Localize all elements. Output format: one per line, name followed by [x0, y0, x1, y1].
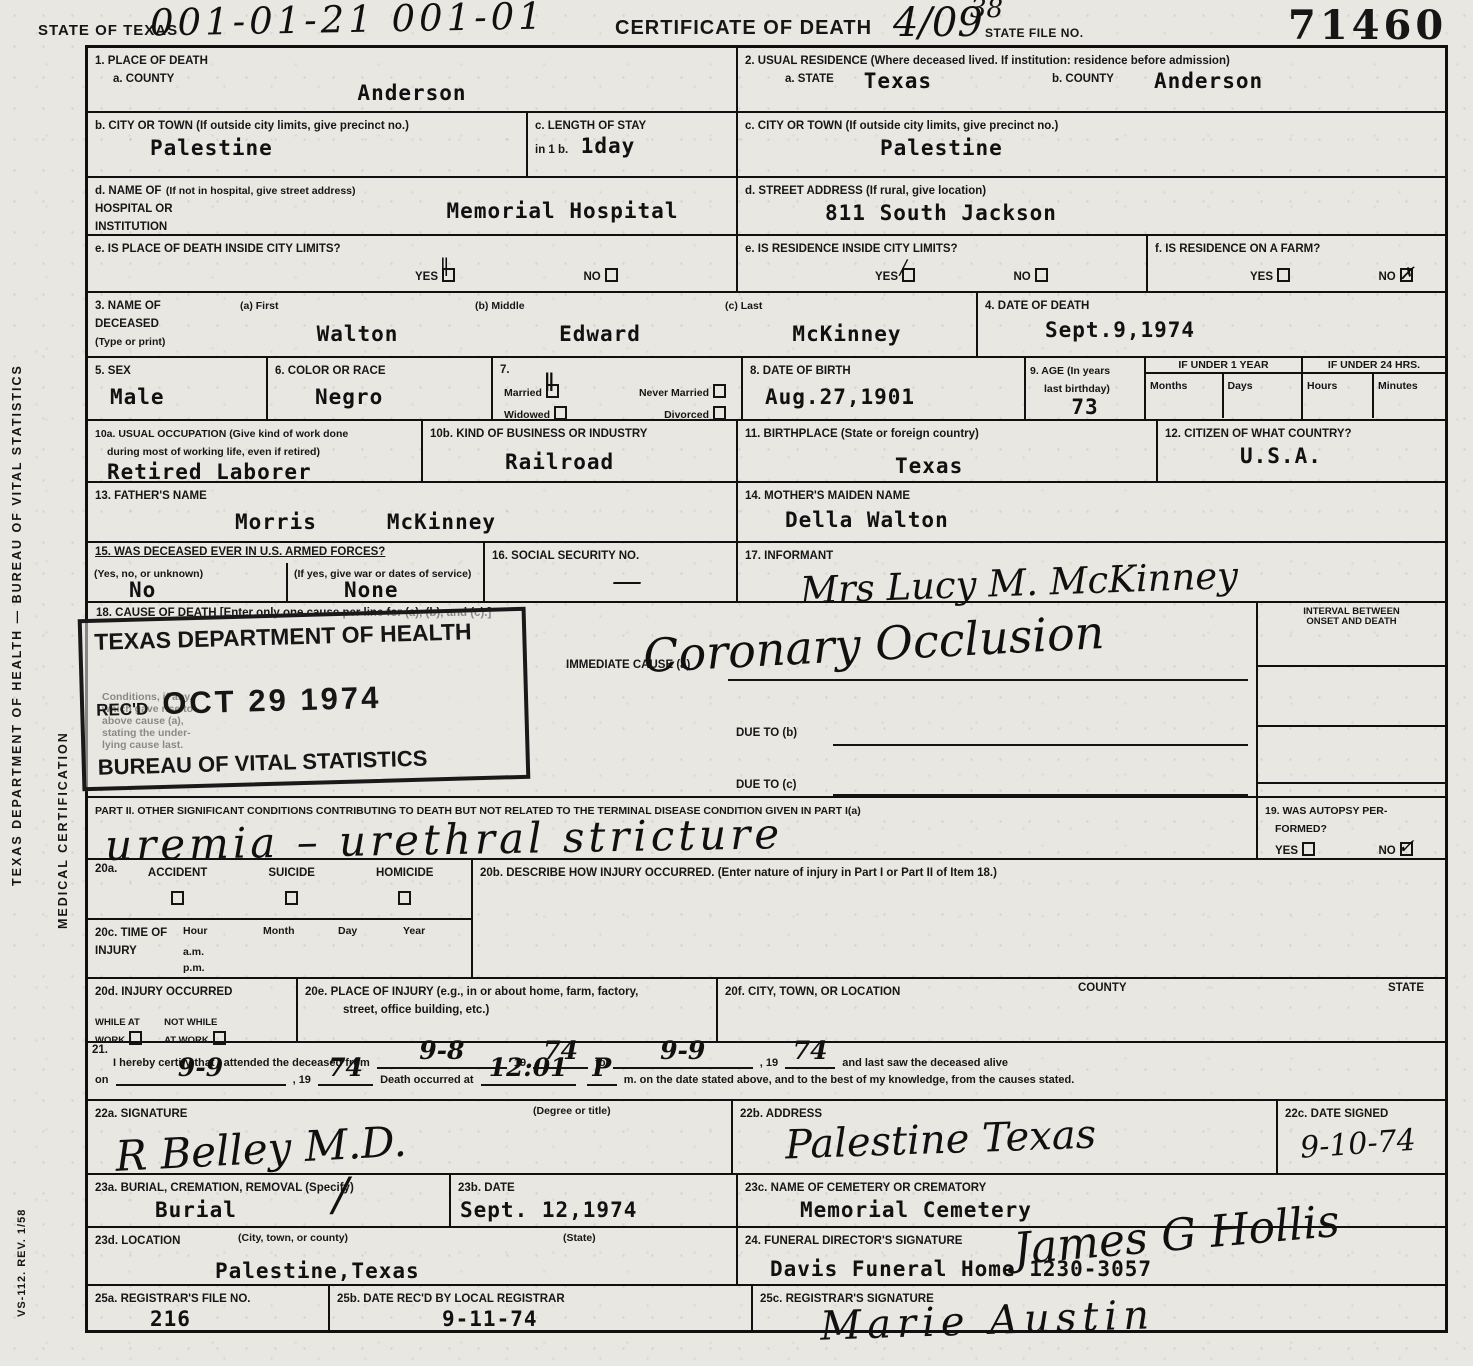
certify-on-label: on — [95, 1074, 108, 1086]
injury-county-label: COUNTY — [1078, 982, 1127, 996]
hospital-label-3: INSTITUTION — [95, 221, 167, 233]
alive-on-year-blank: 74 — [318, 1071, 373, 1086]
field-marital-status: 7. Married∥ Never Married Widowed Divorc… — [493, 358, 743, 419]
injury-state-label: STATE — [1388, 982, 1424, 996]
name-label-3: (Type or print) — [95, 336, 165, 348]
days-label: Days — [1228, 380, 1253, 392]
burial-location-label: 23d. LOCATION — [95, 1235, 180, 1247]
date-of-death-value: Sept.9,1974 — [1045, 318, 1438, 342]
am-label: a.m. — [183, 946, 204, 958]
occupation-value: Retired Laborer — [107, 460, 414, 484]
day-label: Day — [338, 925, 357, 937]
state-file-no-label: STATE FILE NO. — [985, 26, 1084, 40]
field-funeral-director: 24. FUNERAL DIRECTOR'S SIGNATURE Davis F… — [738, 1228, 1445, 1284]
race-value: Negro — [315, 385, 484, 409]
date-signed-label: 22c. DATE SIGNED — [1285, 1108, 1388, 1120]
farm-no-mark: ✗ — [1400, 264, 1414, 284]
certify-number: 21. — [92, 1044, 108, 1058]
no-label: NO — [1378, 271, 1395, 283]
month-label: Month — [263, 925, 295, 937]
form-number-label: VS-112. REV. 1/58 — [16, 1180, 28, 1345]
year-label: Year — [403, 925, 425, 937]
residence-limits-yes-checkbox: ∕ — [902, 268, 915, 282]
death-time-blank: 12:01 — [481, 1071, 576, 1086]
last-name-label: (c) Last — [725, 300, 762, 312]
physician-signature-value: R Belley M.D. — [114, 1100, 725, 1181]
field-injury-occurred: 20d. INJURY OCCURRED WHILE ATWORK NOT WH… — [88, 979, 298, 1041]
farm-no-checkbox: ✗ — [1400, 268, 1413, 282]
field-usual-residence: 2. USUAL RESIDENCE (Where deceased lived… — [738, 48, 1445, 111]
mother-value: Della Walton — [785, 508, 1438, 532]
field-residence-on-farm: f. IS RESIDENCE ON A FARM? YES NO✗ — [1148, 236, 1445, 291]
date-of-birth-value: Aug.27,1901 — [765, 385, 1017, 409]
county-value: Anderson — [95, 81, 729, 105]
homicide-label: HOMICIDE — [376, 867, 434, 879]
death-limits-no-checkbox — [605, 268, 618, 282]
field-burial-type: 23a. BURIAL, CREMATION, REMOVAL (Specify… — [88, 1175, 451, 1226]
field-time-of-injury: 20c. TIME OF INJURY Hour Month Day Year … — [88, 920, 471, 977]
death-ampm-blank: P — [587, 1071, 617, 1086]
field-mothers-maiden-name: 14. MOTHER'S MAIDEN NAME Della Walton — [738, 483, 1445, 541]
stamp-date: OCT 29 1974 — [162, 679, 382, 721]
field-place-of-death-county: 1. PLACE OF DEATH a. COUNTY Anderson — [88, 48, 738, 111]
state-file-number: 71460 — [1288, 2, 1447, 49]
fathers-name-label: 13. FATHER'S NAME — [95, 490, 207, 502]
injury-city-label: 20f. CITY, TOWN, OR LOCATION — [725, 986, 900, 998]
accident-label: ACCIDENT — [148, 867, 207, 879]
field-place-of-injury: 20e. PLACE OF INJURY (e.g., in or about … — [298, 979, 718, 1041]
citizen-value: U.S.A. — [1240, 444, 1438, 468]
burial-location-value: Palestine,Texas — [215, 1259, 729, 1283]
no-label: NO — [583, 271, 600, 283]
married-label: Married∥ — [504, 384, 563, 399]
burial-type-label: 23a. BURIAL, CREMATION, REMOVAL (Specify… — [95, 1182, 354, 1194]
first-name-label: (a) First — [240, 300, 279, 312]
interval-line-c — [1258, 727, 1445, 784]
autopsy-yes-checkbox — [1302, 842, 1315, 856]
cemetery-label: 23c. NAME OF CEMETERY OR CREMATORY — [745, 1182, 986, 1194]
sex-value: Male — [110, 385, 259, 409]
field-color-or-race: 6. COLOR OR RACE Negro — [268, 358, 493, 419]
field-burial-date: 23b. DATE Sept. 12,1974 — [451, 1175, 738, 1226]
armed-forces-label: 15. WAS DECEASED EVER IN U.S. ARMED FORC… — [88, 543, 483, 563]
under-1-year-label: IF UNDER 1 YEAR — [1146, 358, 1301, 374]
street-address-value: 811 South Jackson — [825, 201, 1438, 225]
accident-checkbox — [171, 891, 184, 905]
field-informant: 17. INFORMANT Mrs Lucy M. McKinney — [738, 543, 1445, 601]
length-of-stay-sub: in 1 b. — [535, 144, 568, 156]
field-date-signed: 22c. DATE SIGNED 9-10-74 — [1278, 1101, 1445, 1173]
field-social-security-no: 16. SOCIAL SECURITY NO. — — [485, 543, 738, 601]
married-checkbox: ∥ — [546, 384, 559, 398]
physician-address-value: Palestine Texas — [784, 1106, 1269, 1169]
field-physician-signature: 22a. SIGNATURE (Degree or title) R Belle… — [88, 1101, 733, 1173]
divorced-label: Divorced — [664, 406, 730, 421]
autopsy-no-mark: ✓ — [1398, 834, 1415, 858]
field-death-inside-limits: e. IS PLACE OF DEATH INSIDE CITY LIMITS?… — [88, 236, 738, 291]
field-if-under-24-hrs: IF UNDER 24 HRS. Hours Minutes — [1303, 358, 1445, 419]
field-injury-city-county-state: 20f. CITY, TOWN, OR LOCATION COUNTY STAT… — [718, 979, 1445, 1041]
field-physician-address: 22b. ADDRESS Palestine Texas — [733, 1101, 1278, 1173]
residence-state-value: Texas — [864, 69, 932, 93]
ssn-value: — — [612, 564, 729, 599]
middle-name-label: (b) Middle — [475, 300, 525, 312]
never-married-label: Never Married — [639, 384, 730, 399]
residence-limits-yes-mark: ∕ — [900, 255, 907, 279]
date-of-death-label: 4. DATE OF DEATH — [985, 300, 1089, 312]
months-label: Months — [1150, 380, 1187, 392]
suicide-label: SUICIDE — [268, 867, 315, 879]
certify-text-6: m. on the date stated above, and to the … — [624, 1074, 1074, 1086]
field-certification-statement: 21. I hereby certify that I attended the… — [88, 1043, 1445, 1099]
name-label-2: DECEASED — [95, 318, 159, 330]
age-value: 73 — [1030, 395, 1140, 419]
field-describe-injury: 20b. DESCRIBE HOW INJURY OCCURRED. (Ente… — [473, 860, 1445, 977]
hours-label: Hours — [1307, 380, 1337, 392]
burial-location-sub-1: (City, town, or county) — [238, 1232, 348, 1244]
street-address-label: d. STREET ADDRESS (If rural, give locati… — [745, 185, 986, 197]
field-length-of-stay: c. LENGTH OF STAY in 1 b. 1day — [528, 113, 738, 176]
stamp-recd-label: REC'D — [96, 699, 149, 720]
under-24-hrs-label: IF UNDER 24 HRS. — [1303, 358, 1445, 374]
field-autopsy: 19. WAS AUTOPSY PER- FORMED? YES NO✓ — [1258, 798, 1445, 858]
age-label-2: last birthday) — [1044, 383, 1110, 395]
immediate-cause-value: Coronary Occlusion — [642, 605, 1106, 683]
stamp-line-1: TEXAS DEPARTMENT OF HEALTH — [94, 617, 511, 656]
field-usual-occupation: 10a. USUAL OCCUPATION (Give kind of work… — [88, 421, 423, 481]
death-limits-yes-checkbox: ∥ — [442, 268, 455, 282]
sex-label: 5. SEX — [95, 365, 131, 377]
margin-medical-certification-label: MEDICAL CERTIFICATION — [56, 600, 70, 1060]
residence-county-value: Anderson — [1154, 69, 1263, 93]
hospital-value: Memorial Hospital — [447, 199, 679, 235]
field-interval-onset-death: INTERVAL BETWEEN ONSET AND DEATH — [1258, 603, 1445, 796]
certify-19b: , 19 — [760, 1057, 778, 1069]
certificate-title: CERTIFICATE OF DEATH — [615, 17, 872, 40]
race-label: 6. COLOR OR RACE — [275, 365, 386, 377]
burial-date-value: Sept. 12,1974 — [460, 1198, 729, 1222]
yes-label: YES — [415, 271, 438, 283]
divorced-checkbox — [713, 406, 726, 420]
yes-label: YES — [875, 271, 898, 283]
never-married-checkbox — [713, 384, 726, 398]
industry-value: Railroad — [505, 450, 729, 474]
industry-label: 10b. KIND OF BUSINESS OR INDUSTRY — [430, 428, 647, 440]
alive-on-blank: 9-9 — [116, 1071, 286, 1086]
field-part-2-conditions: PART II. OTHER SIGNIFICANT CONDITIONS CO… — [88, 798, 1258, 858]
father-last-value: McKinney — [387, 510, 496, 534]
homicide-checkbox — [398, 891, 411, 905]
field-registrar-file-no: 25a. REGISTRAR'S FILE NO. 216 — [88, 1286, 330, 1333]
injury-occurred-label: 20d. INJURY OCCURRED — [95, 986, 232, 998]
field-date-of-death: 4. DATE OF DEATH Sept.9,1974 — [978, 293, 1445, 356]
handwritten-small-number: 38 — [970, 0, 1003, 24]
interval-line-b — [1258, 667, 1445, 727]
field-hospital: d. NAME OF (If not in hospital, give str… — [88, 178, 738, 234]
death-city-label: b. CITY OR TOWN (If outside city limits,… — [95, 120, 409, 132]
field-registrar-signature: 25c. REGISTRAR'S SIGNATURE Marie Austin — [753, 1286, 1445, 1333]
death-inside-limits-label: e. IS PLACE OF DEATH INSIDE CITY LIMITS? — [95, 243, 341, 255]
interval-label-2: ONSET AND DEATH — [1260, 617, 1443, 627]
middle-name-value: Edward — [475, 322, 725, 346]
length-of-stay-label: c. LENGTH OF STAY — [535, 120, 646, 132]
residence-county-label: b. COUNTY — [1052, 73, 1114, 93]
field-sex: 5. SEX Male — [88, 358, 268, 419]
first-name-value: Walton — [240, 322, 475, 346]
suicide-checkbox — [285, 891, 298, 905]
certify-text-3: and last saw the deceased alive — [842, 1057, 1008, 1069]
hospital-note: (If not in hospital, give street address… — [166, 185, 356, 197]
time-of-injury-label-1: 20c. TIME OF — [95, 927, 167, 939]
field-armed-forces: 15. WAS DECEASED EVER IN U.S. ARMED FORC… — [88, 543, 485, 601]
place-of-death-title: 1. PLACE OF DEATH — [95, 55, 208, 67]
occupation-label-2: during most of working life, even if ret… — [107, 446, 320, 458]
20a-label: 20a. — [95, 863, 117, 908]
field-burial-location: 23d. LOCATION (City, town, or county) (S… — [88, 1228, 738, 1284]
field-accident-suicide-homicide: 20a. ACCIDENT SUICIDE HOMICIDE — [88, 860, 471, 920]
burial-type-value: Burial — [155, 1198, 442, 1222]
hospital-label-2: HOSPITAL OR — [95, 203, 173, 215]
registrar-date-label: 25b. DATE REC'D BY LOCAL REGISTRAR — [337, 1293, 565, 1305]
address-label: 22b. ADDRESS — [740, 1108, 822, 1120]
registrar-date-value: 9-11-74 — [442, 1307, 744, 1331]
hospital-label-1: d. NAME OF — [95, 185, 161, 197]
attended-to-blank: 9-9 — [613, 1054, 753, 1069]
widowed-checkbox — [554, 406, 567, 420]
handwritten-file-code: 001-01-21 001-01 — [150, 0, 546, 44]
married-mark: ∥ — [544, 371, 555, 394]
field-industry: 10b. KIND OF BUSINESS OR INDUSTRY Railro… — [423, 421, 738, 481]
father-first-value: Morris — [235, 510, 317, 534]
field-birthplace: 11. BIRTHPLACE (State or foreign country… — [738, 421, 1158, 481]
stamp-line-3: BUREAU OF VITAL STATISTICS — [97, 743, 514, 781]
marital-label: 7. — [500, 364, 510, 376]
signature-label: 22a. SIGNATURE — [95, 1108, 187, 1120]
field-residence-city: c. CITY OR TOWN (If outside city limits,… — [738, 113, 1445, 176]
length-of-stay-value: 1day — [581, 134, 636, 158]
name-label-1: 3. NAME OF — [95, 300, 161, 312]
farm-yes-checkbox — [1277, 268, 1290, 282]
time-of-injury-label-2: INJURY — [95, 945, 137, 957]
burial-handwritten-slash: ∕ — [333, 1167, 349, 1221]
armed-forces-service: None — [344, 578, 477, 602]
attended-from-blank: 9-8 — [377, 1054, 507, 1069]
residence-state-label: a. STATE — [785, 73, 834, 93]
field-death-city: b. CITY OR TOWN (If outside city limits,… — [88, 113, 528, 176]
margin-department-label: TEXAS DEPARTMENT OF HEALTH — BUREAU OF V… — [10, 165, 24, 1085]
hour-label: Hour — [183, 925, 208, 937]
pm-label: p.m. — [183, 962, 205, 974]
date-of-birth-label: 8. DATE OF BIRTH — [750, 365, 851, 377]
age-label-1: 9. AGE (In years — [1030, 365, 1110, 377]
registrar-file-no-value: 216 — [150, 1307, 321, 1331]
ssn-label: 16. SOCIAL SECURITY NO. — [492, 550, 639, 562]
residence-inside-limits-label: e. IS RESIDENCE INSIDE CITY LIMITS? — [745, 243, 958, 255]
autopsy-label-2: FORMED? — [1275, 823, 1327, 835]
registrar-file-no-label: 25a. REGISTRAR'S FILE NO. — [95, 1293, 250, 1305]
residence-on-farm-label: f. IS RESIDENCE ON A FARM? — [1155, 243, 1320, 255]
date-signed-value: 9-10-74 — [1299, 1121, 1439, 1166]
death-city-value: Palestine — [150, 136, 519, 160]
yes-label: YES — [1250, 271, 1273, 283]
occupation-label-1: 10a. USUAL OCCUPATION (Give kind of work… — [95, 428, 348, 440]
field-name-of-deceased: 3. NAME OF DECEASED (Type or print) (a) … — [88, 293, 978, 356]
birthplace-label: 11. BIRTHPLACE (State or foreign country… — [745, 428, 979, 440]
widowed-label: Widowed — [504, 406, 571, 421]
funeral-director-label: 24. FUNERAL DIRECTOR'S SIGNATURE — [745, 1235, 962, 1247]
due-to-c-label: DUE TO (c) — [736, 779, 797, 793]
field-residence-inside-limits: e. IS RESIDENCE INSIDE CITY LIMITS? YES∕… — [738, 236, 1148, 291]
citizen-label: 12. CITIZEN OF WHAT COUNTRY? — [1165, 428, 1352, 440]
received-stamp: TEXAS DEPARTMENT OF HEALTH REC'D OCT 29 … — [78, 607, 531, 791]
field-street-address: d. STREET ADDRESS (If rural, give locati… — [738, 178, 1445, 234]
armed-forces-answer: No — [129, 578, 280, 602]
minutes-label: Minutes — [1378, 380, 1418, 392]
field-if-under-1-year: IF UNDER 1 YEAR Months Days — [1146, 358, 1303, 419]
certify-19c: , 19 — [293, 1074, 311, 1086]
place-of-injury-label-2: street, office building, etc.) — [343, 1004, 489, 1016]
autopsy-no-checkbox: ✓ — [1400, 842, 1413, 856]
field-fathers-name: 13. FATHER'S NAME Morris McKinney — [88, 483, 738, 541]
county-label: a. COUNTY — [113, 73, 174, 85]
death-limits-yes-mark: ∥ — [440, 255, 449, 279]
birthplace-value: Texas — [895, 454, 1149, 478]
field-age: 9. AGE (In years last birthday) 73 — [1026, 358, 1146, 419]
informant-label: 17. INFORMANT — [745, 550, 833, 562]
place-of-injury-label-1: 20e. PLACE OF INJURY (e.g., in or about … — [305, 986, 638, 998]
residence-city-value: Palestine — [880, 136, 1438, 160]
last-name-value: McKinney — [725, 322, 969, 346]
field-registrar-date: 25b. DATE REC'D BY LOCAL REGISTRAR 9-11-… — [330, 1286, 753, 1333]
residence-city-label: c. CITY OR TOWN (If outside city limits,… — [745, 120, 1058, 132]
field-citizen: 12. CITIZEN OF WHAT COUNTRY? U.S.A. — [1158, 421, 1445, 481]
attended-to-year-blank: 74 — [785, 1054, 835, 1069]
burial-location-sub-2: (State) — [563, 1232, 596, 1244]
no-label: NO — [1378, 845, 1395, 857]
certificate-form: 1. PLACE OF DEATH a. COUNTY Anderson 2. … — [85, 45, 1448, 1333]
burial-date-label: 23b. DATE — [458, 1182, 515, 1194]
usual-residence-title: 2. USUAL RESIDENCE (Where deceased lived… — [745, 55, 1230, 67]
no-label: NO — [1013, 271, 1030, 283]
residence-limits-no-checkbox — [1035, 268, 1048, 282]
due-to-b-label: DUE TO (b) — [736, 727, 797, 741]
yes-label: YES — [1275, 845, 1298, 857]
certify-text-5: Death occurred at — [380, 1074, 474, 1086]
mothers-maiden-name-label: 14. MOTHER'S MAIDEN NAME — [745, 490, 910, 502]
field-cause-of-death: 18. CAUSE OF DEATH [Enter only one cause… — [88, 603, 1258, 796]
describe-injury-label: 20b. DESCRIBE HOW INJURY OCCURRED. (Ente… — [480, 867, 997, 879]
field-date-of-birth: 8. DATE OF BIRTH Aug.27,1901 — [743, 358, 1026, 419]
autopsy-label-1: 19. WAS AUTOPSY PER- — [1265, 805, 1387, 817]
